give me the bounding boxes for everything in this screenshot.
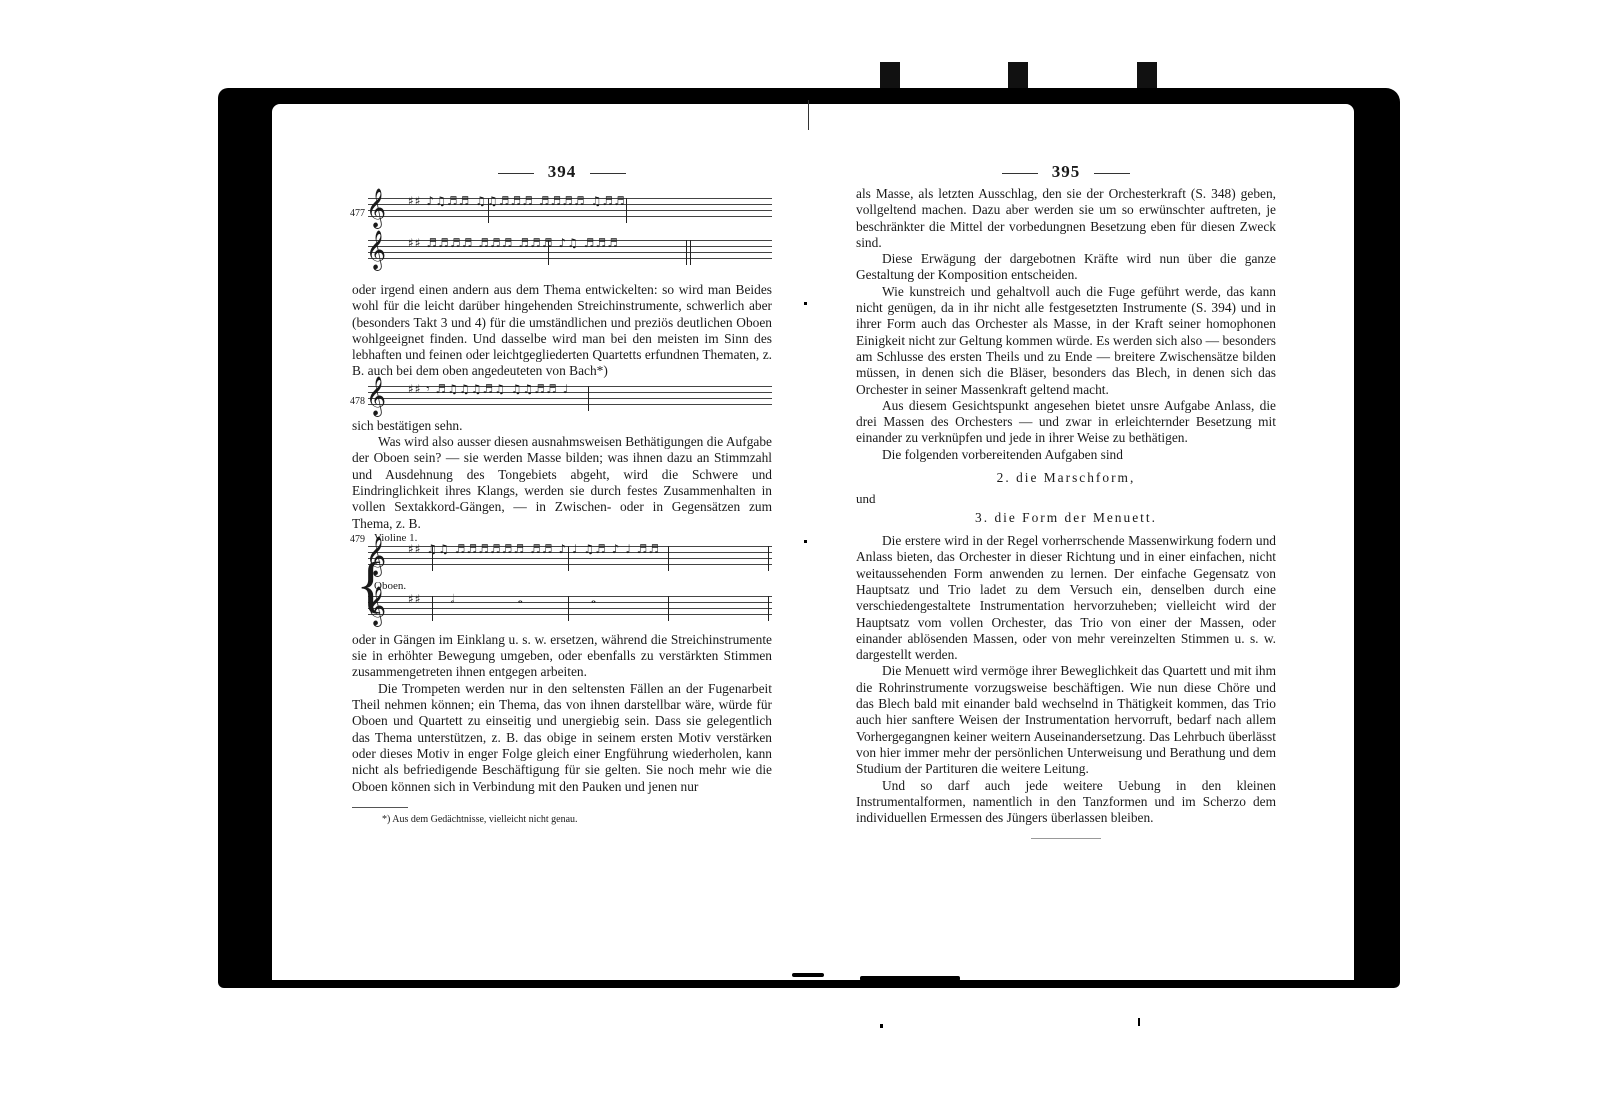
page-number: 395: [856, 162, 1276, 186]
speck: [804, 540, 807, 543]
example-number: 478: [350, 396, 365, 407]
music-example-477: 477 𝄞 ♯♯ ♪♫♬♬ ♫♫♬♬♬ ♬♬♬♬ ♫♬♬: [352, 188, 772, 228]
example-number: 477: [350, 208, 365, 219]
right-page: 395 als Masse, als letzten Ausschlag, de…: [856, 104, 1276, 851]
speck: [1138, 1018, 1140, 1026]
paragraph: Die folgenden vorbereitenden Aufgaben si…: [856, 447, 1276, 463]
paragraph: als Masse, als letzten Ausschlag, den si…: [856, 186, 1276, 251]
section-heading: 3. die Form der Menuett.: [856, 509, 1276, 527]
left-page: 394 477 𝄞 ♯♯ ♪♫♬♬ ♫♫♬♬♬ ♬♬♬♬ ♫♬♬ 𝄞 ♯♯ ♬♬…: [352, 104, 772, 825]
music-example-479: 479 Violine 1. 𝄞 ♯♯ ♫♫ ♬♬♬♬♬♬ ♬♬ ♪ ♩ ♫♬ …: [352, 534, 772, 630]
footnote: *) Aus dem Gedächtnisse, vielleicht nich…: [382, 814, 772, 825]
book-gutter: [808, 100, 809, 130]
footnote-rule: [352, 807, 408, 808]
paragraph: Die Menuett wird vermöge ihrer Beweglich…: [856, 663, 1276, 777]
paragraph: Was wird also ausser diesen ausnahmsweis…: [352, 434, 772, 532]
paragraph: Wie kunstreich und gehaltvoll auch die F…: [856, 284, 1276, 398]
spine-mark: [860, 976, 960, 981]
paragraph: oder irgend einen andern aus dem Thema e…: [352, 282, 772, 380]
page-number: 394: [352, 162, 772, 186]
paragraph: Die erstere wird in der Regel vorherrsch…: [856, 533, 1276, 663]
open-book-spread: 394 477 𝄞 ♯♯ ♪♫♬♬ ♫♫♬♬♬ ♬♬♬♬ ♫♬♬ 𝄞 ♯♯ ♬♬…: [272, 104, 1354, 980]
treble-clef-icon: 𝄞: [366, 230, 386, 270]
paragraph: Aus diesem Gesichtspunkt angesehen biete…: [856, 398, 1276, 447]
spine-mark: [792, 973, 824, 977]
paragraph: Diese Erwägung der dargebotnen Kräfte wi…: [856, 251, 1276, 284]
music-example-477-cont: 𝄞 ♯♯ ♬♬♬♬ ♬♬♬ ♬♬♬ ♪♫ ♬♬♬: [352, 230, 772, 280]
paragraph: Und so darf auch jede weitere Uebung in …: [856, 778, 1276, 827]
paragraph: oder in Gängen im Einklang u. s. w. erse…: [352, 632, 772, 681]
speck: [804, 302, 807, 305]
speck: [880, 1024, 883, 1028]
section-heading: 2. die Marschform,: [856, 469, 1276, 487]
example-number: 479: [350, 534, 365, 545]
treble-clef-icon: 𝄞: [366, 188, 386, 228]
paragraph: Die Trompeten werden nur in den seltenst…: [352, 681, 772, 795]
treble-clef-icon: 𝄞: [366, 376, 386, 416]
end-rule: [1031, 838, 1101, 839]
brace-icon: {: [356, 550, 386, 620]
paragraph: sich bestätigen sehn.: [352, 418, 772, 434]
music-example-478: 478 𝄞 ♯♯ 𝄾 ♬♫♫♫♬♫ ♫♫♬♬ ♩: [352, 382, 772, 416]
connector-text: und: [856, 491, 1276, 507]
